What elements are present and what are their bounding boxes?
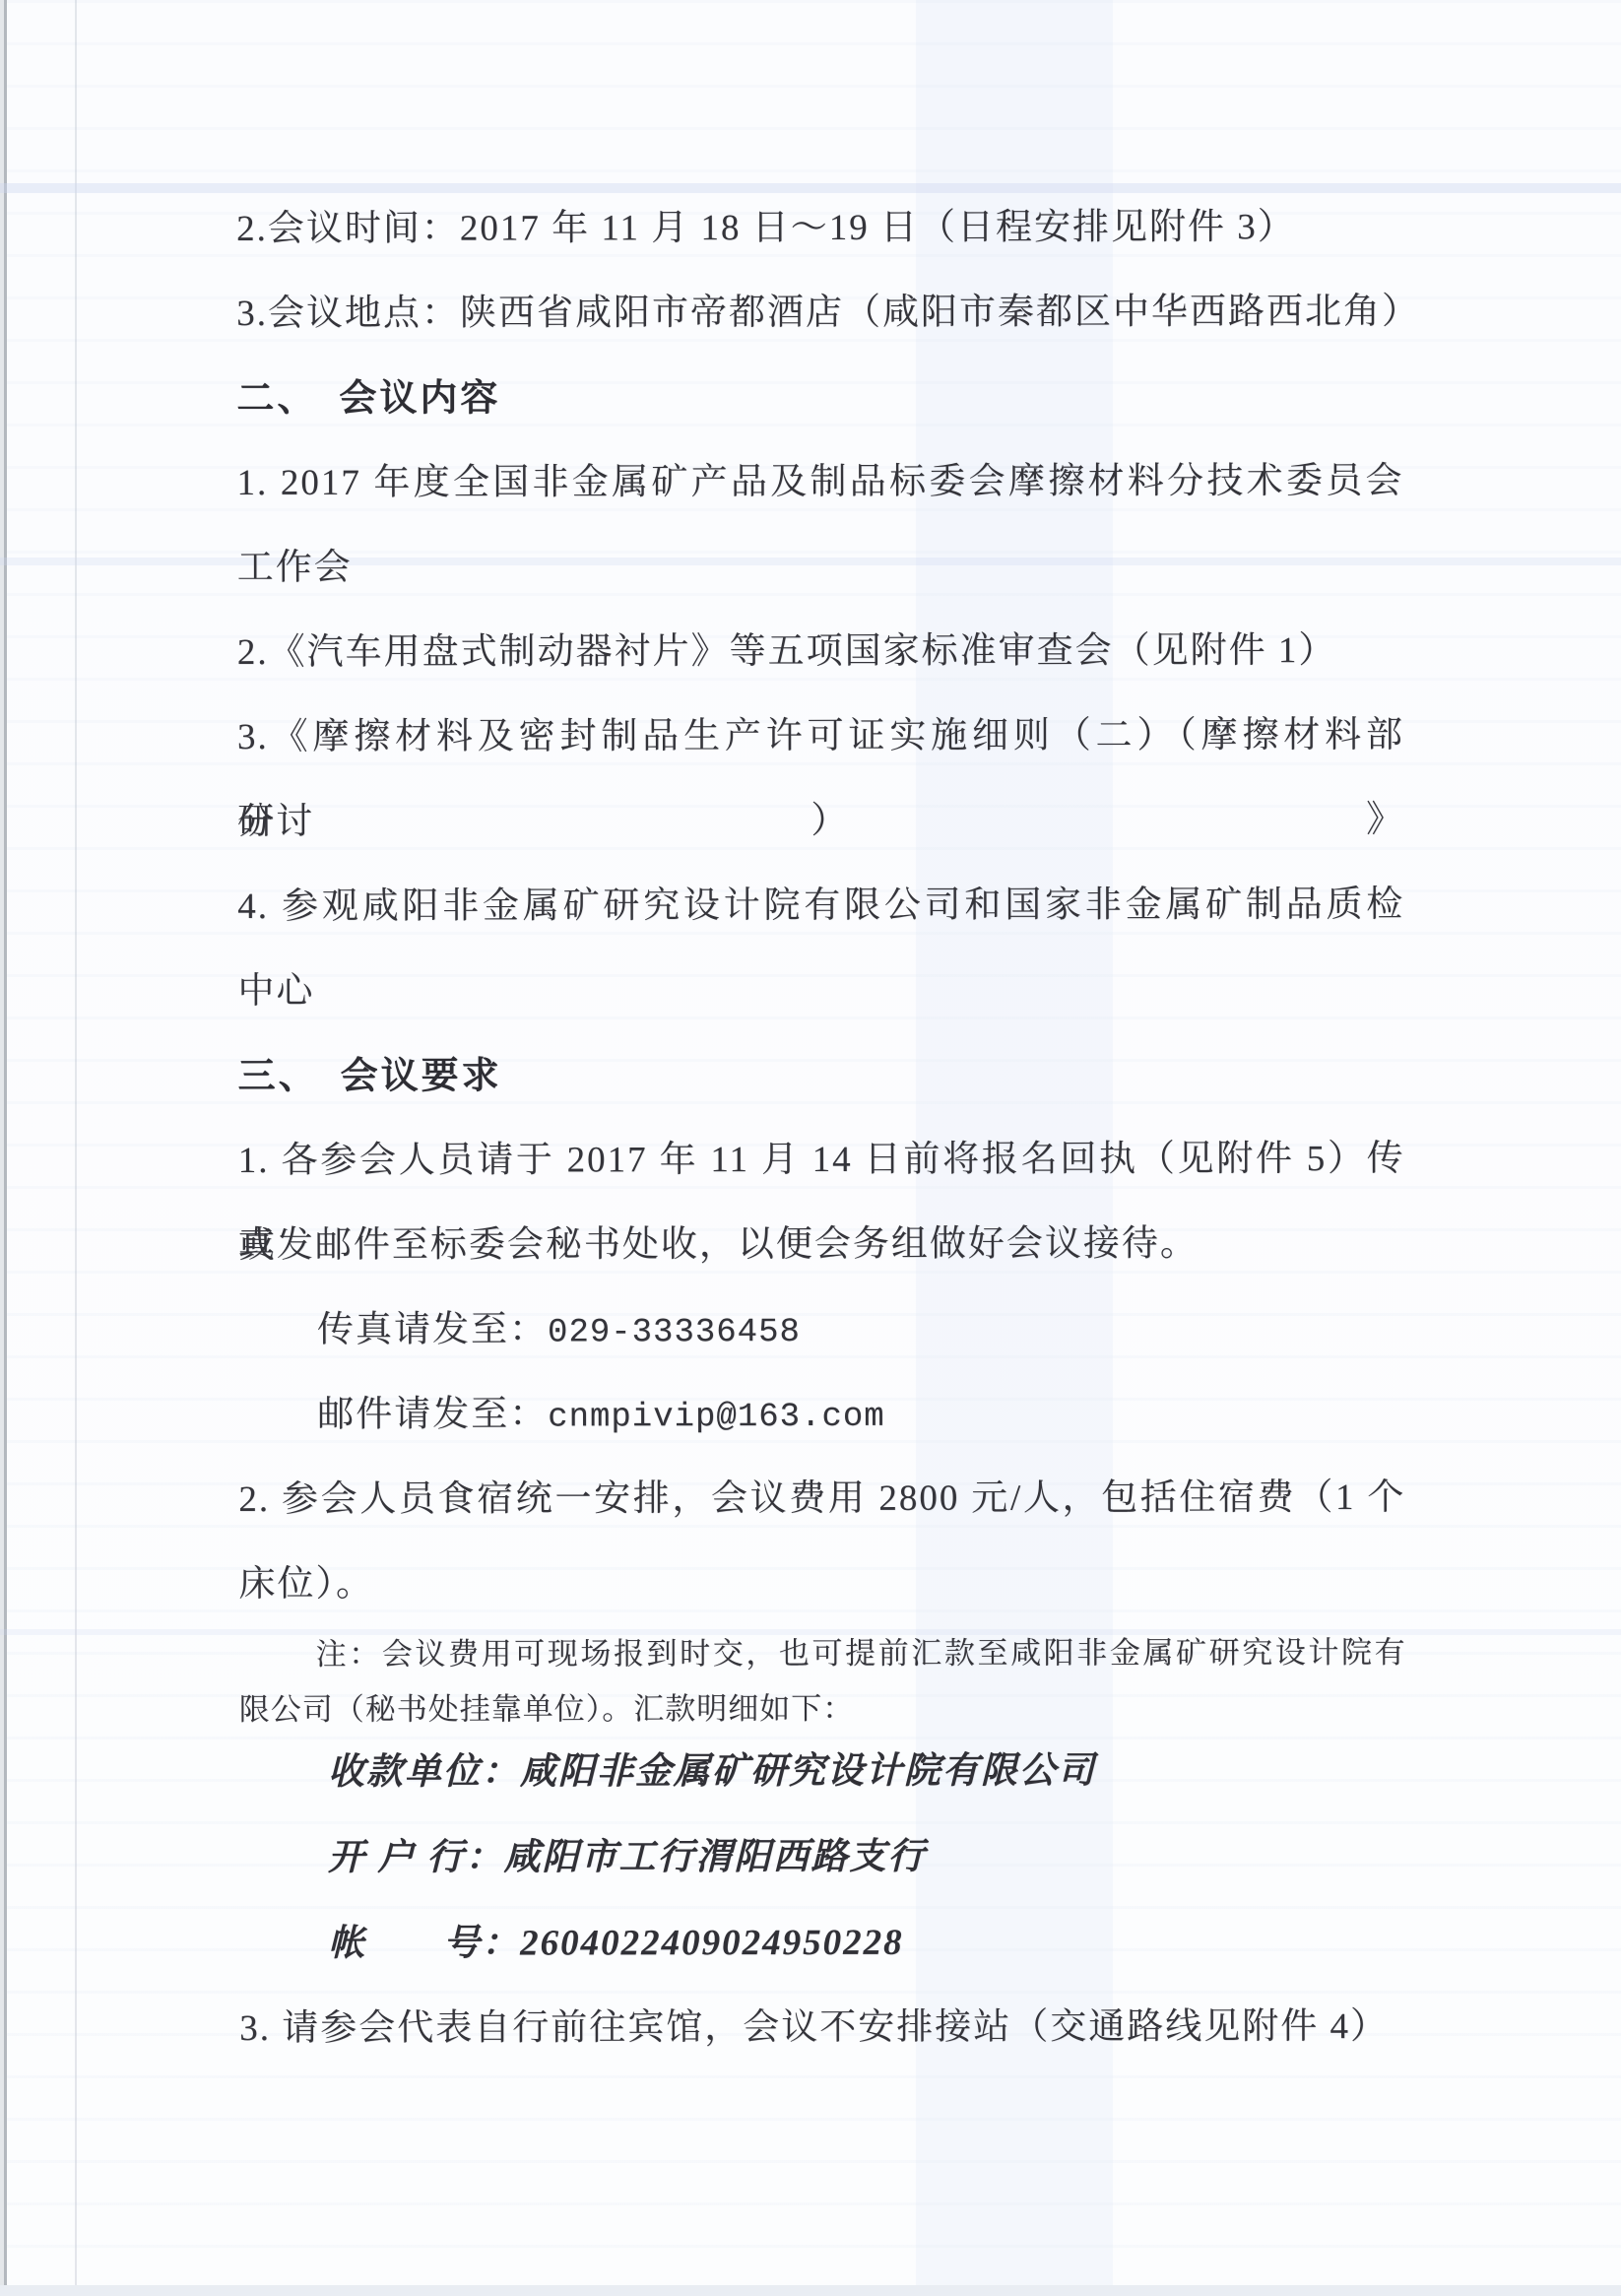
heading-section3-meeting-requirements: 三、 会议要求 — [238, 1032, 1405, 1119]
line-fax: 传真请发至：029-33336458 — [238, 1286, 1405, 1373]
line-note-1: 注：会议费用可现场报到时交，也可提前汇款至咸阳非金属矿研究设计院有 — [239, 1625, 1406, 1682]
line-agenda-item1-work-meeting: 1. 2017 年度全国非金属矿产品及制品标委会摩擦材料分技术委员会 — [236, 439, 1403, 526]
line-agenda-item4-visit: 4. 参观咸阳非金属矿研究设计院有限公司和国家非金属矿制品质检 — [237, 863, 1404, 950]
bank-label: 开 户 行： — [328, 1838, 504, 1878]
line-bank: 开 户 行：咸阳市工行渭阳西路支行 — [239, 1813, 1406, 1901]
document-body: 2.会议时间：2017 年 11 月 18 日～19 日（日程安排见附件 3） … — [236, 185, 1406, 2071]
payee-label: 收款单位： — [328, 1752, 520, 1793]
scan-left-faint-line — [75, 0, 77, 2296]
line-requirement2-fee: 2. 参会人员食宿统一安排，会议费用 2800 元/人，包括住宿费（1 个 — [238, 1456, 1405, 1542]
line-agenda-item1-continuation: 工作会 — [237, 524, 1404, 611]
line-meeting-venue: 3.会议地点：陕西省咸阳市帝都酒店（咸阳市秦都区中华西路西北角） — [236, 270, 1403, 357]
account-number: 2604022409024950228 — [520, 1923, 904, 1964]
line-meeting-time: 2.会议时间：2017 年 11 月 18 日～19 日（日程安排见附件 3） — [236, 185, 1403, 272]
account-label: 帐 号： — [328, 1923, 520, 1963]
line-agenda-item4-continuation: 中心 — [237, 948, 1404, 1034]
line-requirement3-transport: 3. 请参会代表自行前往宾馆，会议不安排接站（交通路线见附件 4） — [239, 1985, 1406, 2071]
line-agenda-item2-standard-review: 2.《汽车用盘式制动器衬片》等五项国家标准审查会（见附件 1） — [237, 609, 1404, 695]
fax-label: 传真请发至： — [317, 1309, 548, 1349]
heading-section2-meeting-content: 二、 会议内容 — [236, 355, 1403, 441]
bank-value: 咸阳市工行渭阳西路支行 — [503, 1837, 926, 1878]
line-requirement1-registration: 1. 各参会人员请于 2017 年 11 月 14 日前将报名回执（见附件 5）… — [238, 1117, 1405, 1204]
scanned-page: 2.会议时间：2017 年 11 月 18 日～19 日（日程安排见附件 3） … — [0, 0, 1621, 2296]
line-payee: 收款单位：咸阳非金属矿研究设计院有限公司 — [239, 1728, 1406, 1815]
payee-value: 咸阳非金属矿研究设计院有限公司 — [520, 1750, 1096, 1792]
scan-bottom-edge-strip — [0, 2285, 1621, 2296]
email-label: 邮件请发至： — [317, 1394, 548, 1434]
email-address: cnmpivip@163.com — [548, 1399, 885, 1437]
line-requirement1-continuation: 或发邮件至标委会秘书处收，以便会务组做好会议接待。 — [238, 1202, 1405, 1288]
line-requirement2-continuation: 床位）。 — [238, 1541, 1405, 1627]
line-email: 邮件请发至：cnmpivip@163.com — [238, 1371, 1405, 1458]
scan-left-edge-line — [4, 0, 7, 2296]
line-account: 帐 号：2604022409024950228 — [239, 1899, 1406, 1987]
fax-number: 029-33336458 — [548, 1314, 801, 1351]
line-agenda-item3-license-rules: 3.《摩擦材料及密封制品生产许可证实施细则（二）（摩擦材料部分）》 — [237, 693, 1404, 780]
